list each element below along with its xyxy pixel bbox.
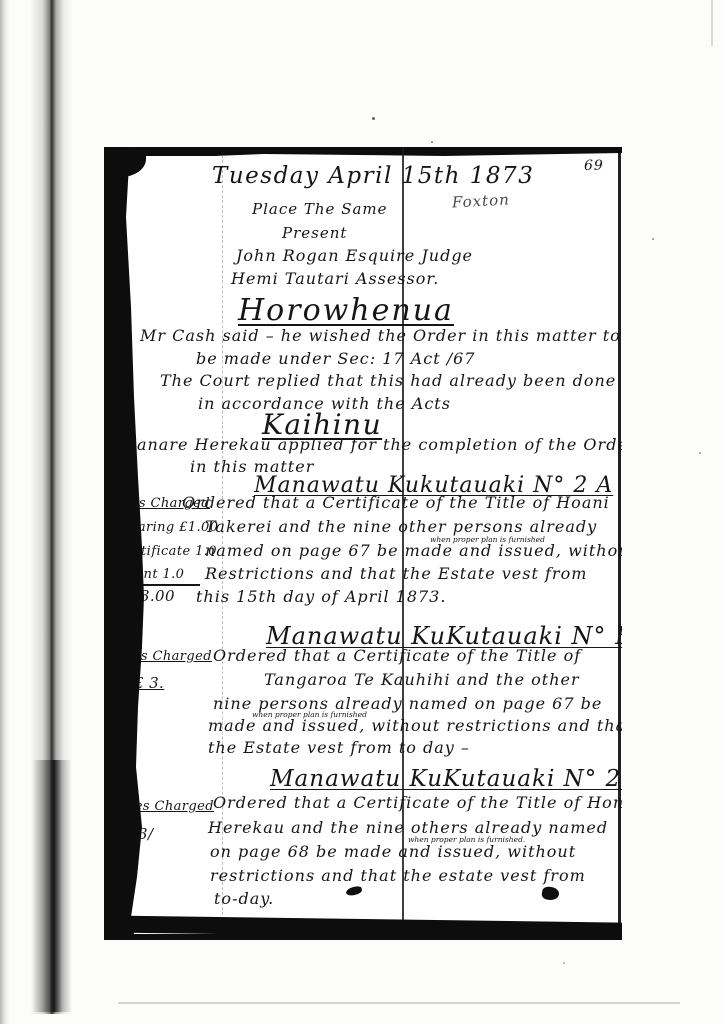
section-heading-horowhenua: Horowhenua [238, 296, 454, 326]
page-number: 69 [584, 159, 604, 173]
handwritten-line: Takerei and the nine other persons alrea… [205, 519, 597, 535]
handwritten-line: Hanare Herekau applied for the completio… [122, 437, 622, 453]
handwritten-line: this 15th day of April 1873. [196, 589, 446, 605]
handwritten-line: named on page 67 be made and issued, wit… [205, 543, 622, 559]
assessor-line: Hemi Tautari Assessor. [231, 271, 439, 287]
place-annotation: Foxton [452, 192, 511, 210]
handwritten-line: on page 68 be made and issued, without [210, 844, 576, 860]
ink-blob [541, 886, 560, 901]
scan-speck [563, 962, 565, 964]
handwritten-line: Restrictions and that the Estate vest fr… [205, 566, 587, 582]
scan-right-smudge [711, 0, 713, 46]
section-heading-kukutauaki-b: Manawatu KuKutauaki N° B [266, 624, 622, 648]
handwritten-line: Tangaroa Te Kauhihi and the other [264, 672, 580, 688]
handwritten-line: Mr Cash said – he wished the Order in th… [140, 328, 621, 344]
handwritten-line: the Estate vest from to day – [208, 740, 470, 756]
handwritten-line: Ordered that a Certificate of the Title … [213, 648, 581, 664]
handwritten-line: Herekau and the nine others already name… [208, 820, 608, 836]
date-heading: Tuesday April 15th 1873 [212, 165, 534, 188]
scanned-minute-page: 69 Tuesday April 15th 1873 Place The Sam… [104, 147, 622, 940]
place-line: Place The Same [252, 202, 388, 217]
scan-speck [652, 238, 654, 240]
handwritten-line: Ordered that a Certificate of the Title … [182, 495, 610, 511]
handwritten-line: The Court replied that this had already … [160, 373, 616, 389]
handwritten-line: to-day. [214, 891, 274, 907]
page-border-bottom-edge [104, 934, 622, 940]
book-gutter-shadow-bottom [32, 760, 72, 1012]
scan-bottom-rule [118, 1002, 680, 1004]
handwritten-line: be made under Sec: 17 Act /67 [196, 351, 475, 367]
scanned-document-canvas: 69 Tuesday April 15th 1873 Place The Sam… [0, 0, 724, 1024]
present-label: Present [282, 226, 347, 241]
scan-speck [699, 452, 701, 454]
handwritten-line: Ordered that a Certificate of the Title … [213, 795, 622, 811]
scan-speck [372, 117, 375, 120]
ink-blob [345, 885, 362, 896]
handwritten-line: restrictions and that the estate vest fr… [210, 868, 586, 884]
section-heading-kukutauaki-2c: Manawatu KuKutauaki N° 2 C. [270, 768, 622, 791]
handwritten-line: made and issued, without restrictions an… [208, 718, 622, 734]
page-border-top [104, 147, 622, 156]
judge-line: John Rogan Esquire Judge [236, 248, 473, 264]
scan-speck [431, 141, 433, 143]
scan-left-edge-shadow [0, 0, 10, 1024]
